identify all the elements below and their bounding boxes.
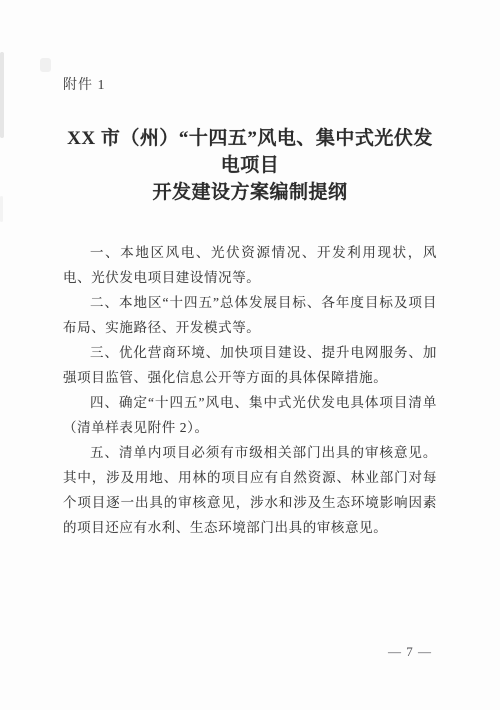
- body-paragraph: 四、确定“十四五”风电、集中式光伏发电具体项目清单（清单样表见附件 2）。: [63, 390, 437, 440]
- body-paragraph: 三、优化营商环境、加快项目建设、提升电网服务、加强项目监管、强化信息公开等方面的…: [63, 340, 437, 390]
- scan-artifact: [0, 52, 4, 138]
- body-paragraph: 五、清单内项目必须有市级相关部门出具的审核意见。其中，涉及用地、用林的项目应有自…: [63, 440, 437, 540]
- document-title: XX 市（州）“十四五”风电、集中式光伏发电项目 开发建设方案编制提纲: [63, 125, 437, 206]
- document-title-line2: 开发建设方案编制提纲: [63, 179, 437, 206]
- scan-artifact: [40, 58, 51, 72]
- document-body: 一、本地区风电、光伏资源情况、开发利用现状，风电、光伏发电项目建设情况等。 二、…: [63, 240, 437, 540]
- document-page: 附件 1 XX 市（州）“十四五”风电、集中式光伏发电项目 开发建设方案编制提纲…: [0, 0, 500, 710]
- scan-artifact: [0, 196, 3, 222]
- page-number: — 7 —: [388, 644, 432, 660]
- document-title-line1: XX 市（州）“十四五”风电、集中式光伏发电项目: [63, 125, 437, 179]
- body-paragraph: 二、本地区“十四五”总体发展目标、各年度目标及项目布局、实施路径、开发模式等。: [63, 290, 437, 340]
- body-paragraph: 一、本地区风电、光伏资源情况、开发利用现状，风电、光伏发电项目建设情况等。: [63, 240, 437, 290]
- attachment-label: 附件 1: [63, 74, 437, 94]
